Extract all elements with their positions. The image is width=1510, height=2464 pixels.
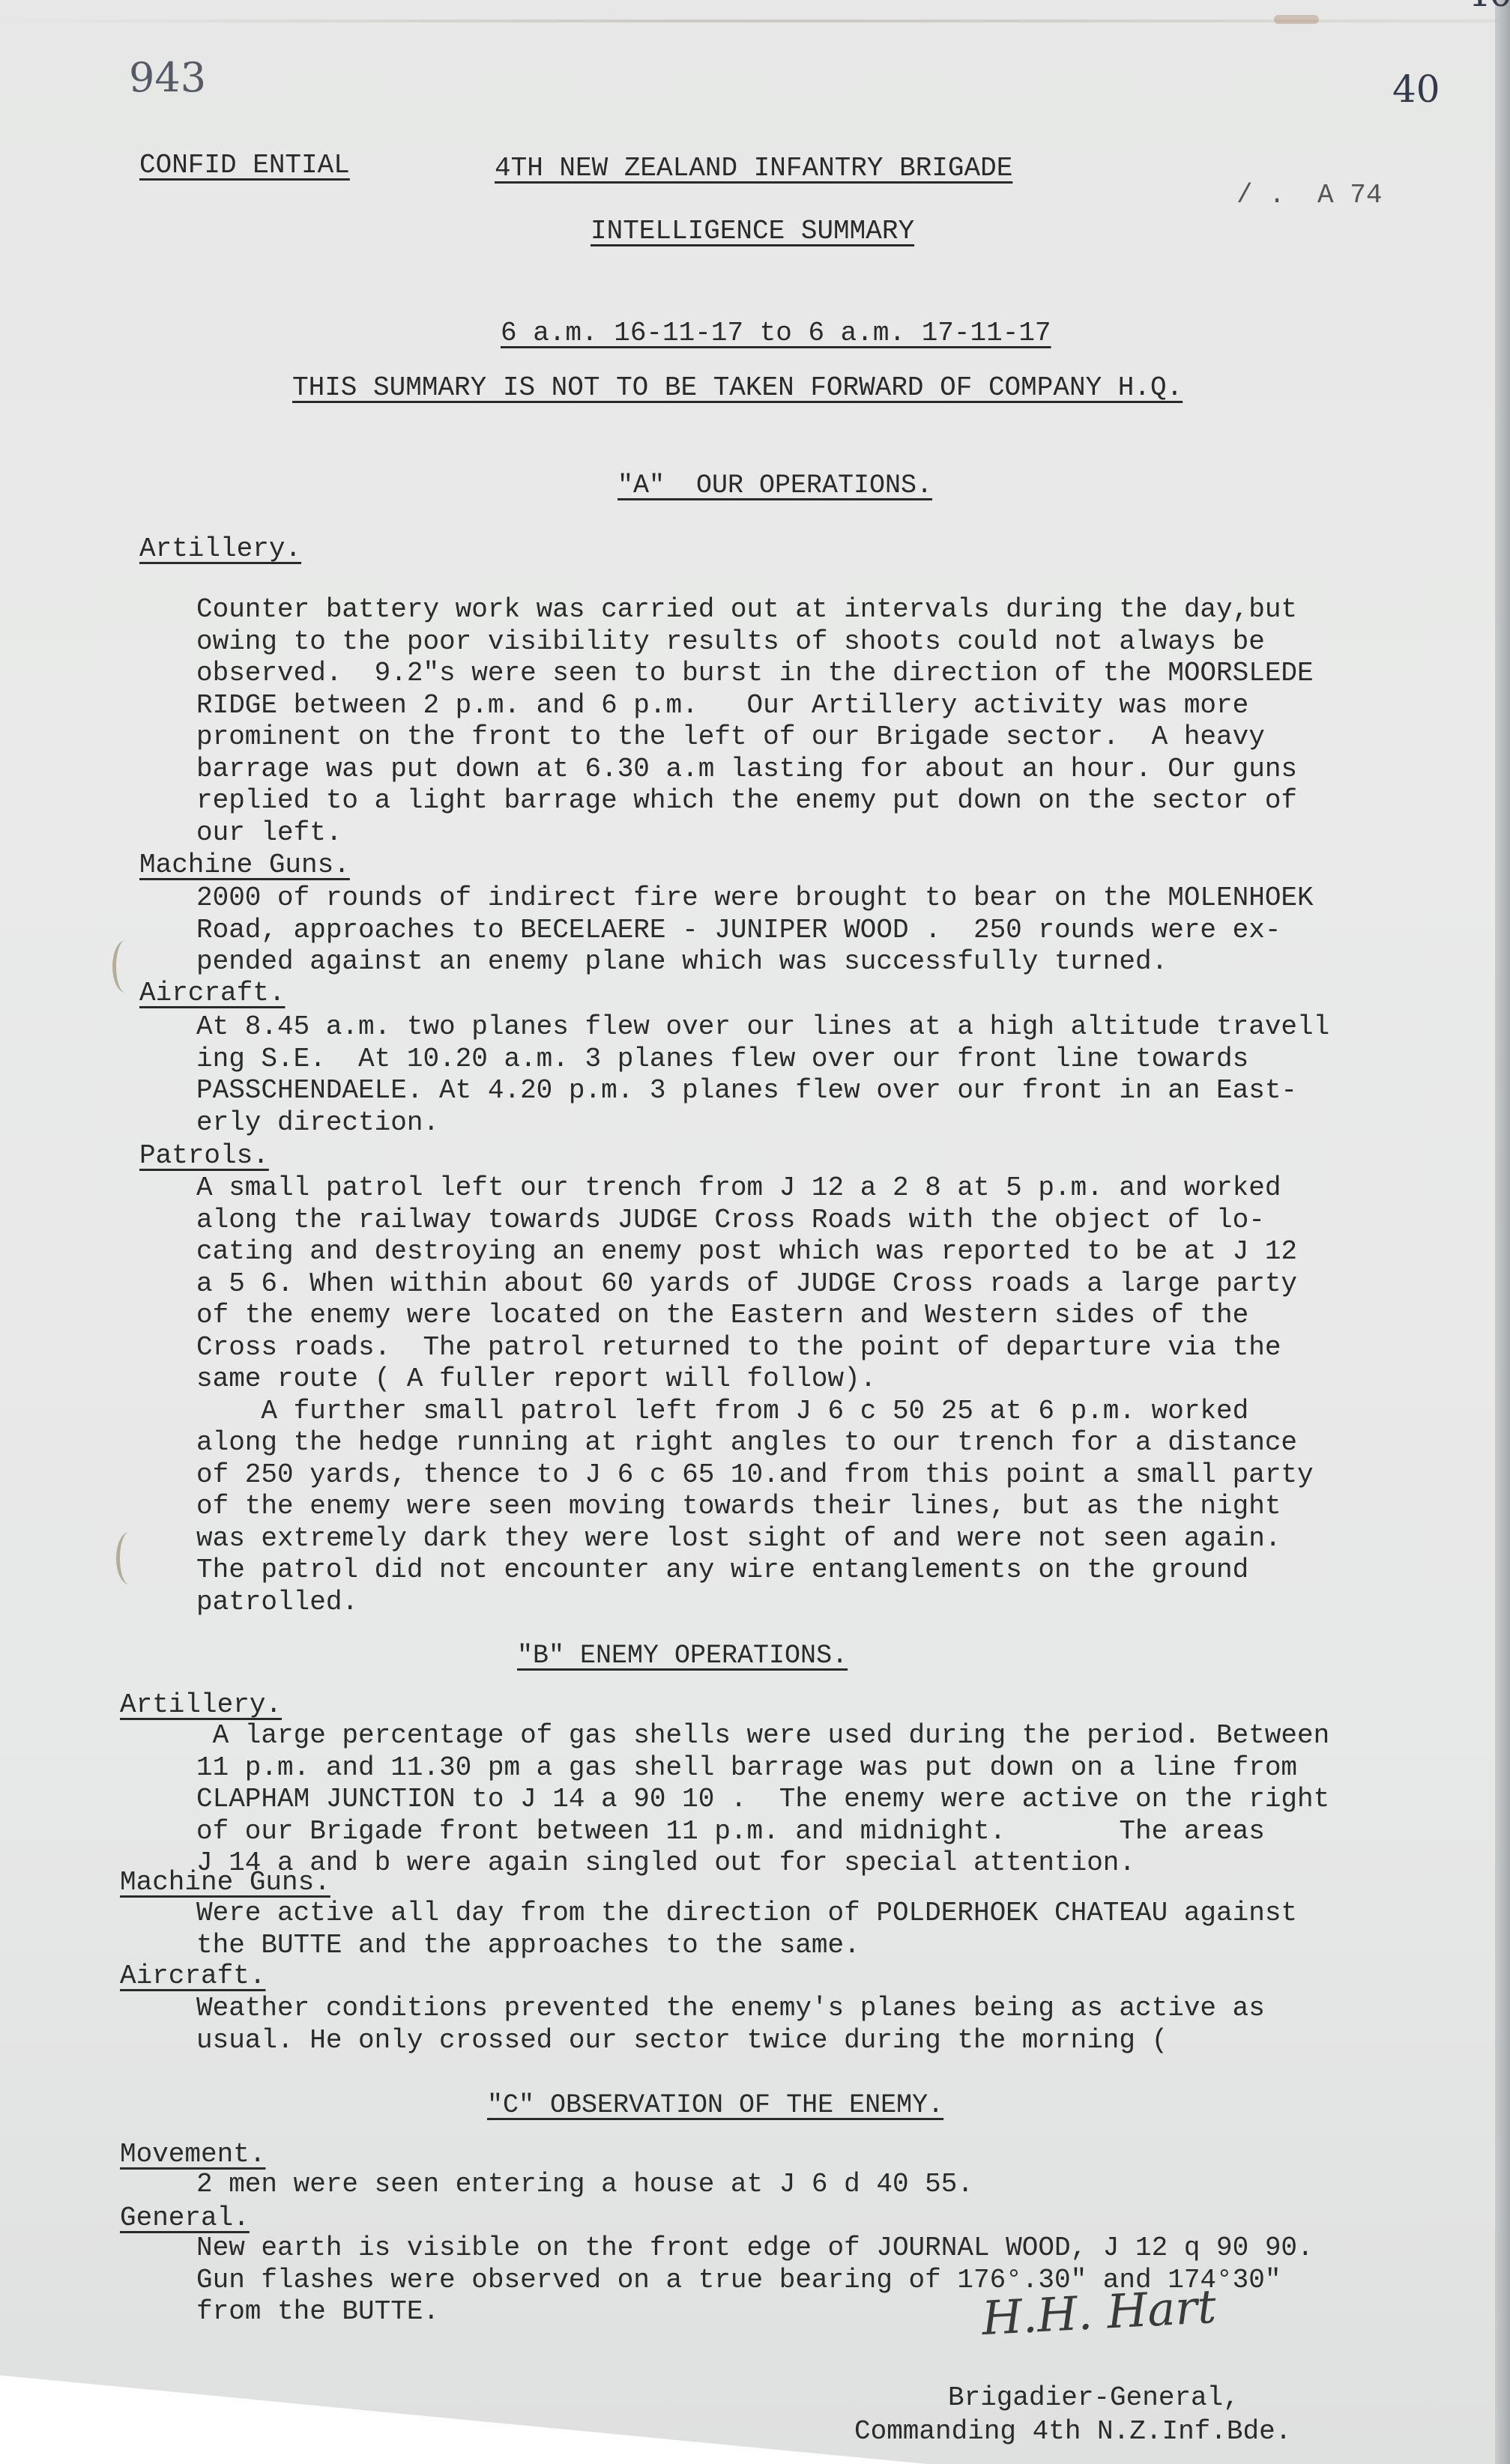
- section-b-machine-guns-text: Were active all day from the direction o…: [196, 1898, 1485, 1961]
- text-line: observed. 9.2"s were seen to burst in th…: [196, 658, 1485, 690]
- top-edge-number: 40: [1465, 0, 1510, 15]
- section-a-patrols-text: A small patrol left our trench from J 12…: [196, 1172, 1485, 1618]
- section-c-general-label: General.: [120, 2203, 250, 2233]
- text-line: erly direction.: [196, 1107, 1485, 1139]
- text-line: Counter battery work was carried out at …: [196, 594, 1485, 626]
- section-a-artillery-text: Counter battery work was carried out at …: [196, 594, 1485, 849]
- text-line: A further small patrol left from J 6 c 5…: [196, 1396, 1485, 1428]
- text-line: Gun flashes were observed on a true bear…: [196, 2265, 1485, 2297]
- text-line: 11 p.m. and 11.30 pm a gas shell barrage…: [196, 1752, 1485, 1785]
- punch-hole: [112, 940, 139, 993]
- text-line: ing S.E. At 10.20 a.m. 3 planes flew ove…: [196, 1044, 1485, 1076]
- page-edge-shadow: [1495, 0, 1510, 2464]
- distribution-restriction: THIS SUMMARY IS NOT TO BE TAKEN FORWARD …: [292, 372, 1183, 403]
- section-a-heading: "A" OUR OPERATIONS.: [617, 470, 932, 500]
- text-line: prominent on the front to the left of ou…: [196, 721, 1485, 754]
- text-line: A small patrol left our trench from J 12…: [196, 1172, 1485, 1205]
- text-line: of the enemy were located on the Eastern…: [196, 1300, 1485, 1332]
- section-b-heading: "B" ENEMY OPERATIONS.: [517, 1641, 848, 1671]
- unit-name: 4TH NEW ZEALAND INFANTRY BRIGADE: [495, 153, 1012, 184]
- text-line: of the enemy were seen moving towards th…: [196, 1491, 1485, 1523]
- text-line: New earth is visible on the front edge o…: [196, 2233, 1485, 2265]
- text-line: 2 men were seen entering a house at J 6 …: [196, 2169, 1485, 2201]
- signatory-rank: Brigadier-General,: [948, 2382, 1239, 2413]
- punch-hole: [116, 1532, 142, 1584]
- text-line: RIDGE between 2 p.m. and 6 p.m. Our Arti…: [196, 690, 1485, 722]
- section-c-movement-text: 2 men were seen entering a house at J 6 …: [196, 2169, 1485, 2201]
- report-period: 6 a.m. 16-11-17 to 6 a.m. 17-11-17: [501, 318, 1051, 348]
- text-line: was extremely dark they were lost sight …: [196, 1523, 1485, 1555]
- section-a-artillery-label: Artillery.: [139, 533, 301, 564]
- text-line: replied to a light barrage which the ene…: [196, 785, 1485, 817]
- text-line: 2000 of rounds of indirect fire were bro…: [196, 883, 1485, 915]
- section-b-artillery-label: Artillery.: [120, 1689, 282, 1720]
- section-a-aircraft-text: At 8.45 a.m. two planes flew over our li…: [196, 1011, 1485, 1139]
- classification: CONFID ENTIAL: [139, 150, 350, 181]
- text-line: cating and destroying an enemy post whic…: [196, 1236, 1485, 1268]
- text-line: barrage was put down at 6.30 a.m lasting…: [196, 754, 1485, 786]
- text-line: PASSCHENDAELE. At 4.20 p.m. 3 planes fle…: [196, 1075, 1485, 1107]
- text-line: Were active all day from the direction o…: [196, 1898, 1485, 1930]
- section-b-artillery-text: A large percentage of gas shells were us…: [196, 1720, 1485, 1880]
- reference-number: / . A 74: [1236, 180, 1382, 211]
- section-c-heading: "C" OBSERVATION OF THE ENEMY.: [487, 2090, 943, 2120]
- text-line: Cross roads. The patrol returned to the …: [196, 1332, 1485, 1364]
- text-line: of our Brigade front between 11 p.m. and…: [196, 1816, 1485, 1848]
- paper-stain: [1274, 15, 1319, 24]
- section-b-aircraft-label: Aircraft.: [120, 1961, 265, 1991]
- section-b-aircraft-text: Weather conditions prevented the enemy's…: [196, 1993, 1485, 2056]
- section-a-machine-guns-label: Machine Guns.: [139, 850, 350, 880]
- signatory-command: Commanding 4th N.Z.Inf.Bde.: [854, 2416, 1291, 2447]
- text-line: Weather conditions prevented the enemy's…: [196, 1993, 1485, 2025]
- text-line: CLAPHAM JUNCTION to J 14 a 90 10 . The e…: [196, 1784, 1485, 1816]
- text-line: Road, approaches to BECELAERE - JUNIPER …: [196, 915, 1485, 947]
- section-c-general-text: New earth is visible on the front edge o…: [196, 2233, 1485, 2328]
- section-c-movement-label: Movement.: [120, 2139, 265, 2170]
- section-b-machine-guns-label: Machine Guns.: [120, 1867, 330, 1898]
- stamp-number: 943: [129, 54, 206, 101]
- text-line: pended against an enemy plane which was …: [196, 946, 1485, 978]
- text-line: owing to the poor visibility results of …: [196, 626, 1485, 659]
- section-a-machine-guns-text: 2000 of rounds of indirect fire were bro…: [196, 883, 1485, 978]
- document-title: INTELLIGENCE SUMMARY: [591, 216, 914, 246]
- text-line: J 14 a and b were again singled out for …: [196, 1847, 1485, 1880]
- text-line: along the hedge running at right angles …: [196, 1427, 1485, 1459]
- text-line: At 8.45 a.m. two planes flew over our li…: [196, 1011, 1485, 1044]
- section-a-aircraft-label: Aircraft.: [139, 978, 285, 1008]
- text-line: along the railway towards JUDGE Cross Ro…: [196, 1205, 1485, 1237]
- text-line: from the BUTTE.: [196, 2296, 1485, 2328]
- text-line: The patrol did not encounter any wire en…: [196, 1555, 1485, 1587]
- text-line: of 250 yards, thence to J 6 c 65 10.and …: [196, 1459, 1485, 1492]
- page-number: 40: [1392, 67, 1440, 111]
- text-line: same route ( A fuller report will follow…: [196, 1363, 1485, 1396]
- text-line: A large percentage of gas shells were us…: [196, 1720, 1485, 1752]
- text-line: patrolled.: [196, 1587, 1485, 1619]
- text-line: a 5 6. When within about 60 yards of JUD…: [196, 1268, 1485, 1301]
- text-line: usual. He only crossed our sector twice …: [196, 2025, 1485, 2057]
- text-line: the BUTTE and the approaches to the same…: [196, 1930, 1485, 1962]
- text-line: our left.: [196, 817, 1485, 850]
- section-a-patrols-label: Patrols.: [139, 1140, 269, 1171]
